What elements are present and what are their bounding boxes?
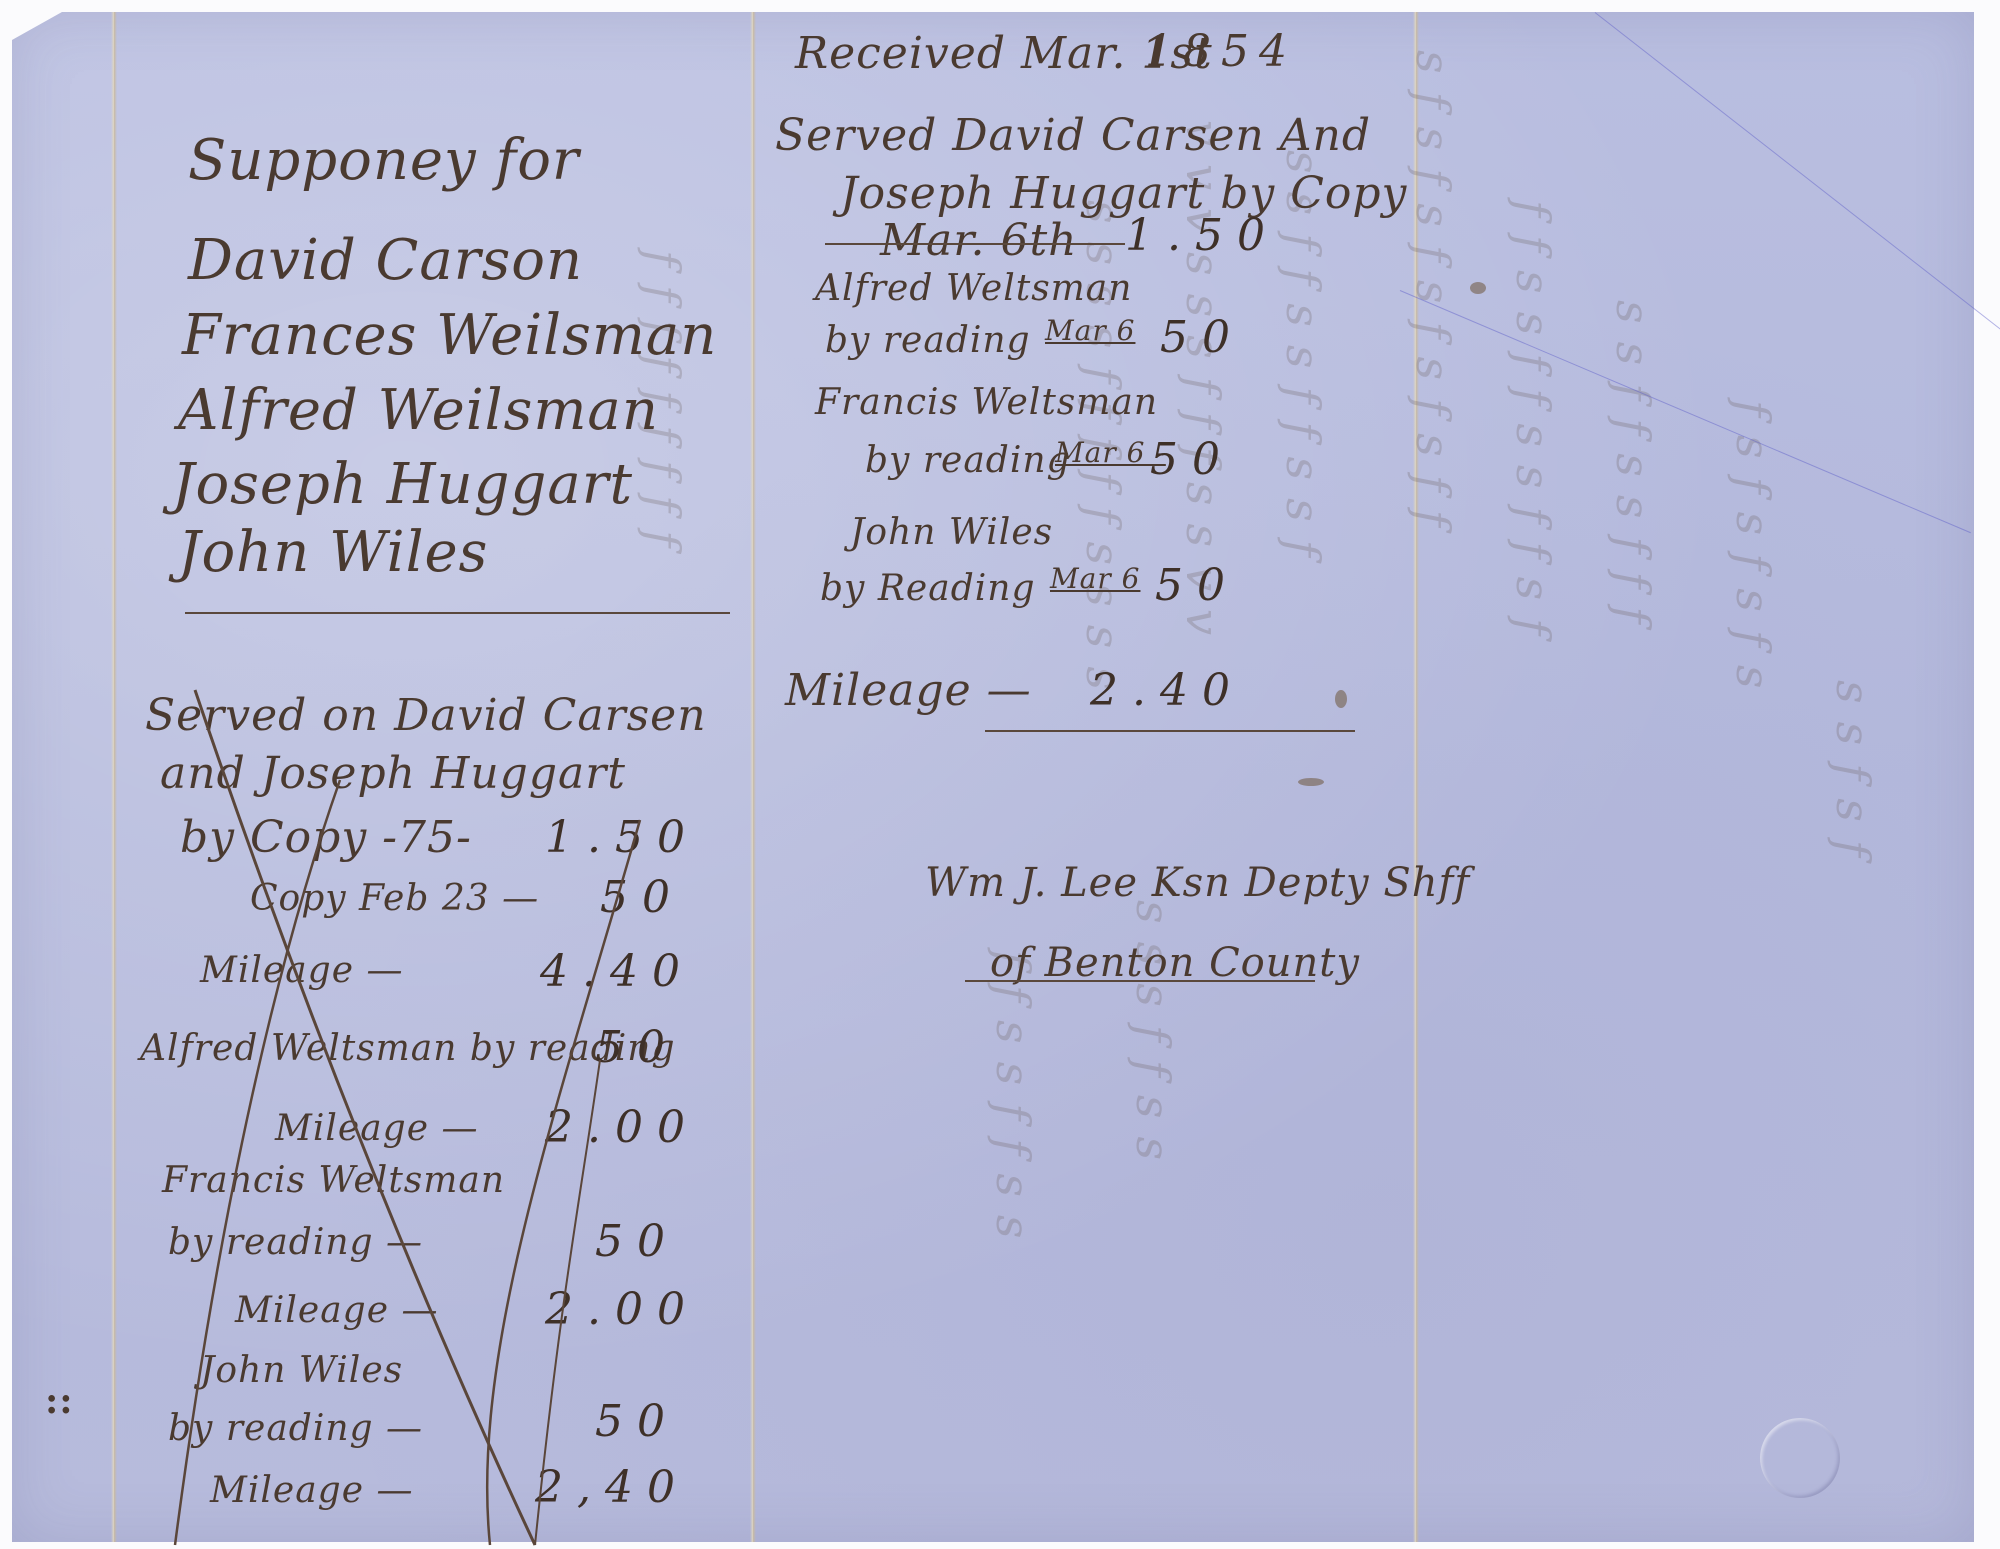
service-line: Joseph Huggart by Copy: [840, 168, 1407, 219]
service-line: by Reading: [820, 568, 1036, 609]
signature-underline: [965, 980, 1315, 982]
received-year: 1854: [1145, 26, 1297, 77]
service-date: Mar 6: [1050, 562, 1140, 595]
fee-amount: 1.50: [1125, 210, 1279, 261]
fee-amount: 50: [1155, 560, 1239, 611]
service-line: Served David Carsen And: [775, 110, 1371, 161]
service-line: by reading: [825, 320, 1031, 361]
fee-amount: 50: [1150, 434, 1234, 485]
date-underline: [825, 243, 1125, 245]
service-date: Mar. 6th: [880, 215, 1077, 266]
service-line: by reading: [865, 440, 1071, 481]
total-rule: [985, 730, 1355, 732]
fee-amount: 2.40: [1090, 665, 1244, 716]
embossed-seal: [1760, 1418, 1840, 1498]
signature-name: Wm J. Lee Ksn Depty Shff: [925, 860, 1470, 906]
service-line: Alfred Weltsman: [815, 268, 1132, 309]
service-line: John Wiles: [850, 512, 1053, 553]
margin-marks: ::: [45, 1380, 74, 1422]
service-date: Mar 6: [1045, 314, 1135, 347]
service-line: Mileage —: [785, 665, 1032, 716]
service-line: Francis Weltsman: [815, 382, 1158, 423]
fee-amount: 50: [1160, 312, 1244, 363]
